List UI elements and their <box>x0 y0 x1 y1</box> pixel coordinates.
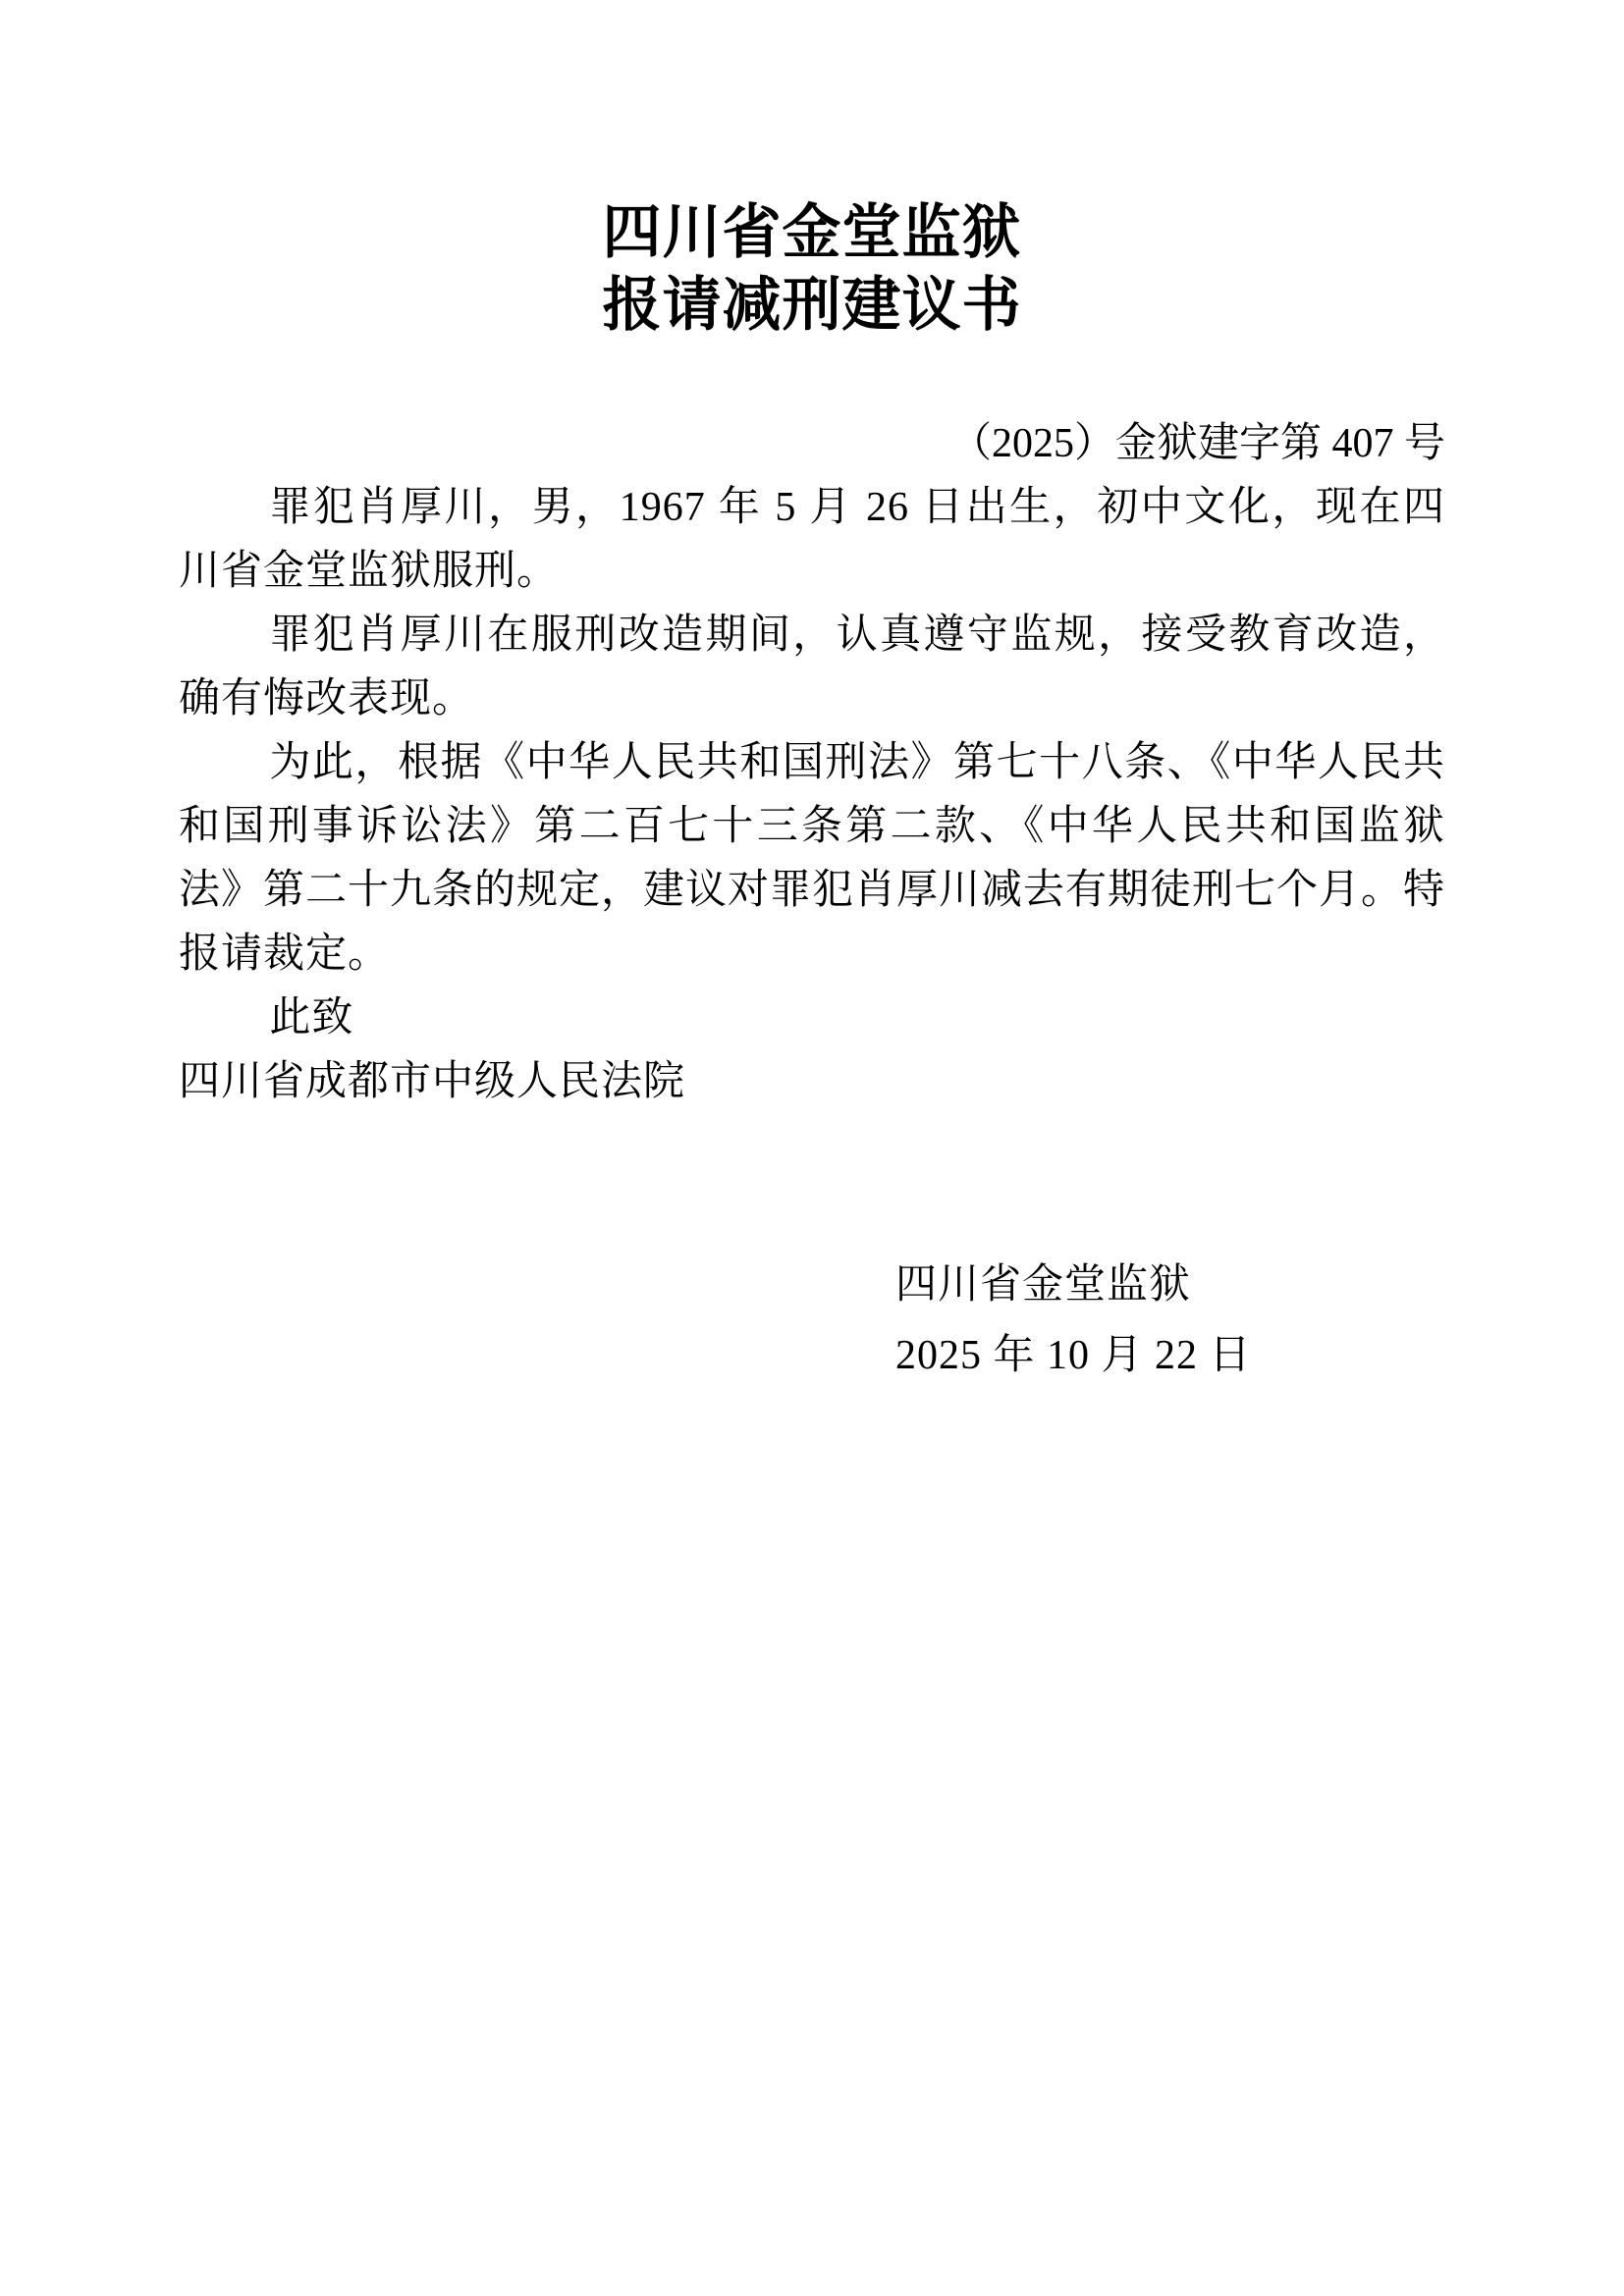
document-title-line1: 四川省金堂监狱 <box>179 196 1445 269</box>
document-page: 四川省金堂监狱 报请减刑建议书 （2025）金狱建字第 407 号 罪犯肖厚川，… <box>0 0 1624 2296</box>
document-title-line2: 报请减刑建议书 <box>179 269 1445 342</box>
paragraph-behavior: 罪犯肖厚川在服刑改造期间，认真遵守监规，接受教育改造，确有悔改表现。 <box>179 604 1445 731</box>
signature-block: 四川省金堂监狱 2025 年 10 月 22 日 <box>895 1250 1445 1391</box>
paragraph-legal-basis: 为此，根据《中华人民共和国刑法》第七十八条、《中华人民共和国刑事诉讼法》第二百七… <box>179 731 1445 987</box>
closing-phrase: 此致 <box>179 987 1445 1050</box>
signature-date: 2025 年 10 月 22 日 <box>895 1320 1445 1391</box>
recipient-court: 四川省成都市中级人民法院 <box>179 1050 1445 1114</box>
paragraph-offender-info: 罪犯肖厚川，男，1967 年 5 月 26 日出生，初中文化，现在四川省金堂监狱… <box>179 476 1445 604</box>
signature-organization: 四川省金堂监狱 <box>895 1250 1445 1320</box>
document-number: （2025）金狱建字第 407 号 <box>179 412 1445 476</box>
